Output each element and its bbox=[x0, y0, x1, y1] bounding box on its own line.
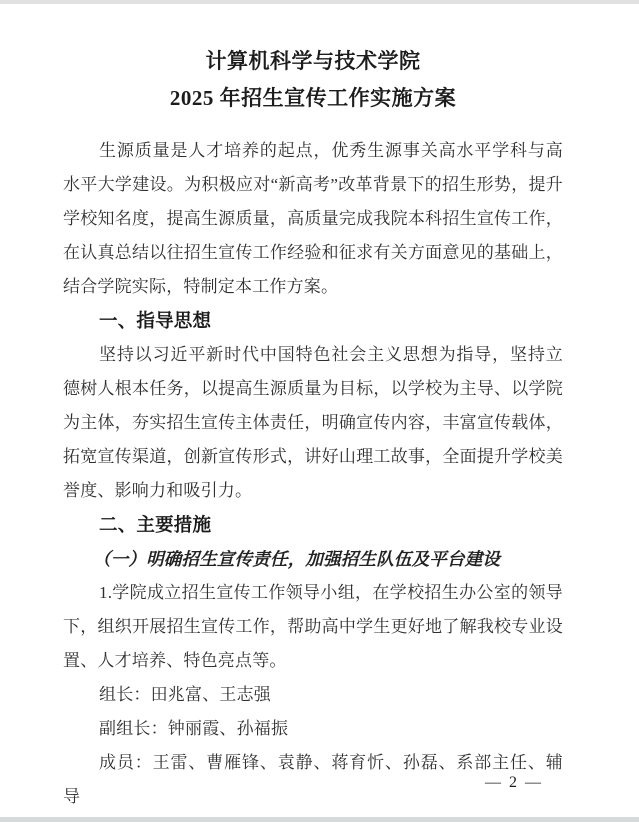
section2-sub1-heading: （一）明确招生宣传责任，加强招生队伍及平台建设 bbox=[63, 542, 563, 576]
doc-title-line2: 2025 年招生宣传工作实施方案 bbox=[63, 80, 563, 117]
document-content: 计算机科学与技术学院 2025 年招生宣传工作实施方案 生源质量是人才培养的起点… bbox=[63, 0, 563, 814]
intro-paragraph: 生源质量是人才培养的起点，优秀生源事关高水平学科与高水平大学建设。为积极应对“新… bbox=[63, 134, 563, 304]
deputy-leader-line: 副组长：钟丽霞、孙福振 bbox=[63, 712, 563, 746]
section1-paragraph: 坚持以习近平新时代中国特色社会主义思想为指导，坚持立德树人根本任务，以提高生源质… bbox=[63, 338, 563, 508]
section2-heading: 二、主要措施 bbox=[63, 508, 563, 542]
doc-body: 生源质量是人才培养的起点，优秀生源事关高水平学科与高水平大学建设。为积极应对“新… bbox=[63, 134, 563, 814]
page-bottom-edge bbox=[0, 817, 639, 822]
document-page: 计算机科学与技术学院 2025 年招生宣传工作实施方案 生源质量是人才培养的起点… bbox=[0, 0, 639, 822]
section2-item1-paragraph: 1.学院成立招生宣传工作领导小组，在学校招生办公室的领导下，组织开展招生宣传工作… bbox=[63, 576, 563, 678]
page-number: — 2 — bbox=[485, 774, 543, 792]
section1-heading: 一、指导思想 bbox=[63, 304, 563, 338]
doc-title-line1: 计算机科学与技术学院 bbox=[63, 43, 563, 80]
group-leader-line: 组长：田兆富、王志强 bbox=[63, 678, 563, 712]
